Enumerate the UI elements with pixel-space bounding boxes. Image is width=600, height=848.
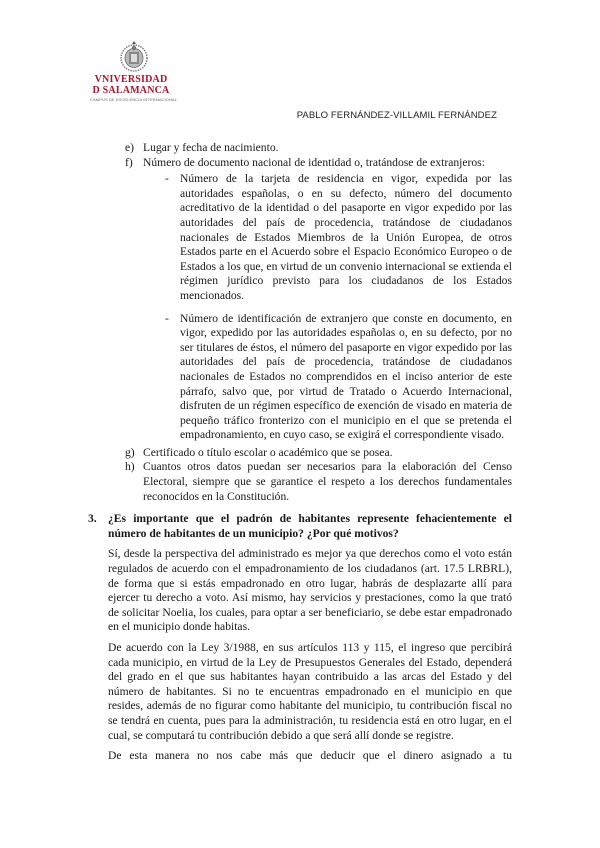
author-name: PABLO FERNÁNDEZ-VILLAMIL FERNÁNDEZ [297, 110, 497, 121]
list-item: g) Certificado o título escolar o académ… [0, 446, 512, 461]
paragraph: De esta manera no nos cabe más que deduc… [0, 749, 512, 764]
list-item-label: g) [125, 446, 135, 461]
logo-line-1: VNIVERSIDAD [90, 74, 172, 85]
document-body: e) Lugar y fecha de nacimiento. f) Númer… [0, 141, 600, 764]
list-item-text: Lugar y fecha de nacimiento. [143, 141, 279, 154]
logo-line-2: D SALAMANCA [90, 85, 172, 96]
sub-list-item-text: Número de identificación de extranjero q… [180, 312, 512, 442]
list-item-label: h) [125, 460, 135, 475]
list-item-label: e) [125, 141, 134, 156]
list-item: f) Número de documento nacional de ident… [0, 156, 512, 171]
sub-list-item-text: Número de la tarjeta de residencia en vi… [180, 172, 512, 302]
document-page: VNIVERSIDAD D SALAMANCA CAMPUS DE EXCELE… [0, 0, 600, 848]
paragraph: De acuerdo con la Ley 3/1988, en sus art… [0, 641, 512, 743]
sub-list-item: - Número de la tarjeta de residencia en … [0, 172, 512, 303]
list-item: e) Lugar y fecha de nacimiento. [0, 141, 512, 156]
sub-list-item: - Número de identificación de extranjero… [0, 312, 512, 443]
dash-bullet: - [165, 312, 169, 327]
list-item-text: Número de documento nacional de identida… [143, 156, 485, 169]
list-item-label: f) [125, 156, 133, 171]
dash-bullet: - [165, 172, 169, 187]
list-item-text: Certificado o título escolar o académico… [143, 446, 393, 459]
list-item: h) Cuantos otros datos puedan ser necesa… [0, 460, 512, 504]
university-logo: VNIVERSIDAD D SALAMANCA CAMPUS DE EXCELE… [90, 38, 172, 108]
university-crest-icon [119, 40, 149, 72]
section-number: 3. [88, 512, 97, 527]
section-title: ¿Es importante que el padrón de habitant… [108, 512, 512, 540]
paragraph: Sí, desde la perspectiva del administrad… [0, 547, 512, 635]
list-item-text: Cuantos otros datos puedan ser necesario… [143, 460, 512, 502]
section-heading: 3. ¿Es importante que el padrón de habit… [0, 512, 512, 541]
logo-tagline: CAMPUS DE EXCELENCIA INTERNACIONAL [90, 97, 172, 102]
